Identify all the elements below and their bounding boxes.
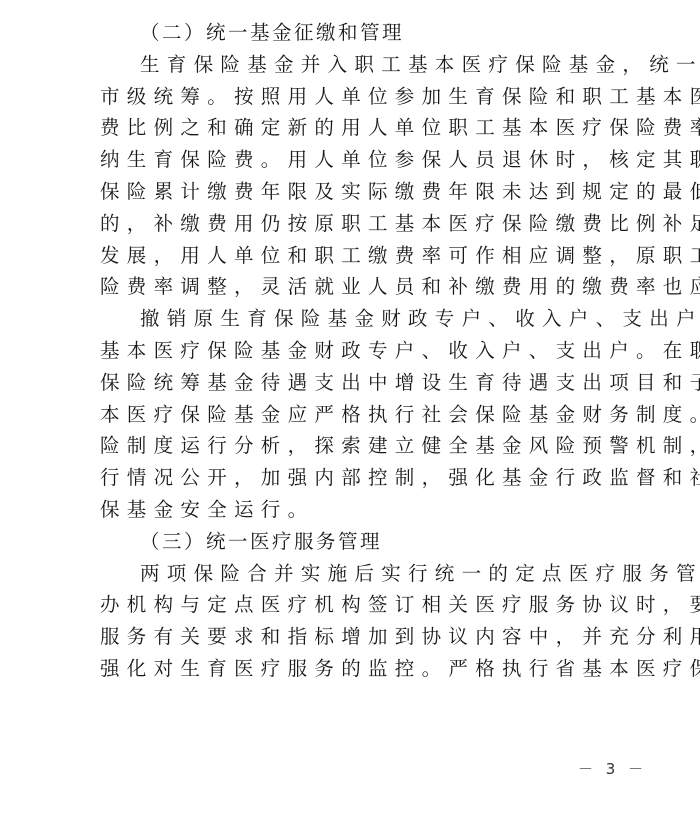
paragraph-line: 两项保险合并实施后实行统一的定点医疗服务管理。医保经 bbox=[100, 558, 614, 590]
section-heading-2: （二）统一基金征缴和管理 bbox=[100, 17, 614, 49]
paragraph-line: 的，补缴费用仍按原职工基本医疗保险缴费比例补足。随着经济 bbox=[100, 208, 614, 240]
paragraph-line: 市级统筹。按照用人单位参加生育保险和职工基本医疗保险的缴 bbox=[100, 81, 614, 113]
section-heading-3: （三）统一医疗服务管理 bbox=[100, 526, 614, 558]
paragraph-line: 纳生育保险费。用人单位参保人员退休时，核定其职工基本医疗 bbox=[100, 144, 614, 176]
paragraph-line: 撤销原生育保险基金财政专户、收入户、支出户，并入职工 bbox=[100, 303, 614, 335]
paragraph-fund-collection: 生育保险基金并入职工基本医疗保险基金，统一征缴，实行 市级统筹。按照用人单位参加… bbox=[100, 49, 614, 303]
paragraph-line: 发展，用人单位和职工缴费率可作相应调整，原职工基本医疗保 bbox=[100, 240, 614, 272]
paragraph-line: 强化对生育医疗服务的监控。严格执行省基本医疗保险、工伤和 bbox=[100, 653, 614, 685]
paragraph-line: 保险统筹基金待遇支出中增设生育待遇支出项目和子项。职工基 bbox=[100, 367, 614, 399]
page-number: － 3 － bbox=[578, 758, 647, 779]
paragraph-line: 保基金安全运行。 bbox=[100, 494, 614, 526]
document-page: （二）统一基金征缴和管理 生育保险基金并入职工基本医疗保险基金，统一征缴，实行 … bbox=[100, 17, 614, 685]
paragraph-line: 生育保险基金并入职工基本医疗保险基金，统一征缴，实行 bbox=[100, 49, 614, 81]
paragraph-line: 服务有关要求和指标增加到协议内容中，并充分利用协议管理， bbox=[100, 621, 614, 653]
paragraph-line: 费比例之和确定新的用人单位职工基本医疗保险费率，个人不缴 bbox=[100, 112, 614, 144]
paragraph-line: 险费率调整，灵活就业人员和补缴费用的缴费率也应相应调整。 bbox=[100, 271, 614, 303]
paragraph-medical-service: 两项保险合并实施后实行统一的定点医疗服务管理。医保经 办机构与定点医疗机构签订相… bbox=[100, 558, 614, 685]
paragraph-line: 本医疗保险基金应严格执行社会保险基金财务制度。加强生育保 bbox=[100, 399, 614, 431]
paragraph-line: 险制度运行分析，探索建立健全基金风险预警机制，坚持基金运 bbox=[100, 430, 614, 462]
paragraph-line: 基本医疗保险基金财政专户、收入户、支出户。在职工基本医疗 bbox=[100, 335, 614, 367]
paragraph-fund-accounts: 撤销原生育保险基金财政专户、收入户、支出户，并入职工 基本医疗保险基金财政专户、… bbox=[100, 303, 614, 526]
paragraph-line: 行情况公开，加强内部控制，强化基金行政监督和社会监督，确 bbox=[100, 462, 614, 494]
paragraph-line: 保险累计缴费年限及实际缴费年限未达到规定的最低缴费年限 bbox=[100, 176, 614, 208]
paragraph-line: 办机构与定点医疗机构签订相关医疗服务协议时，要将生育医疗 bbox=[100, 589, 614, 621]
